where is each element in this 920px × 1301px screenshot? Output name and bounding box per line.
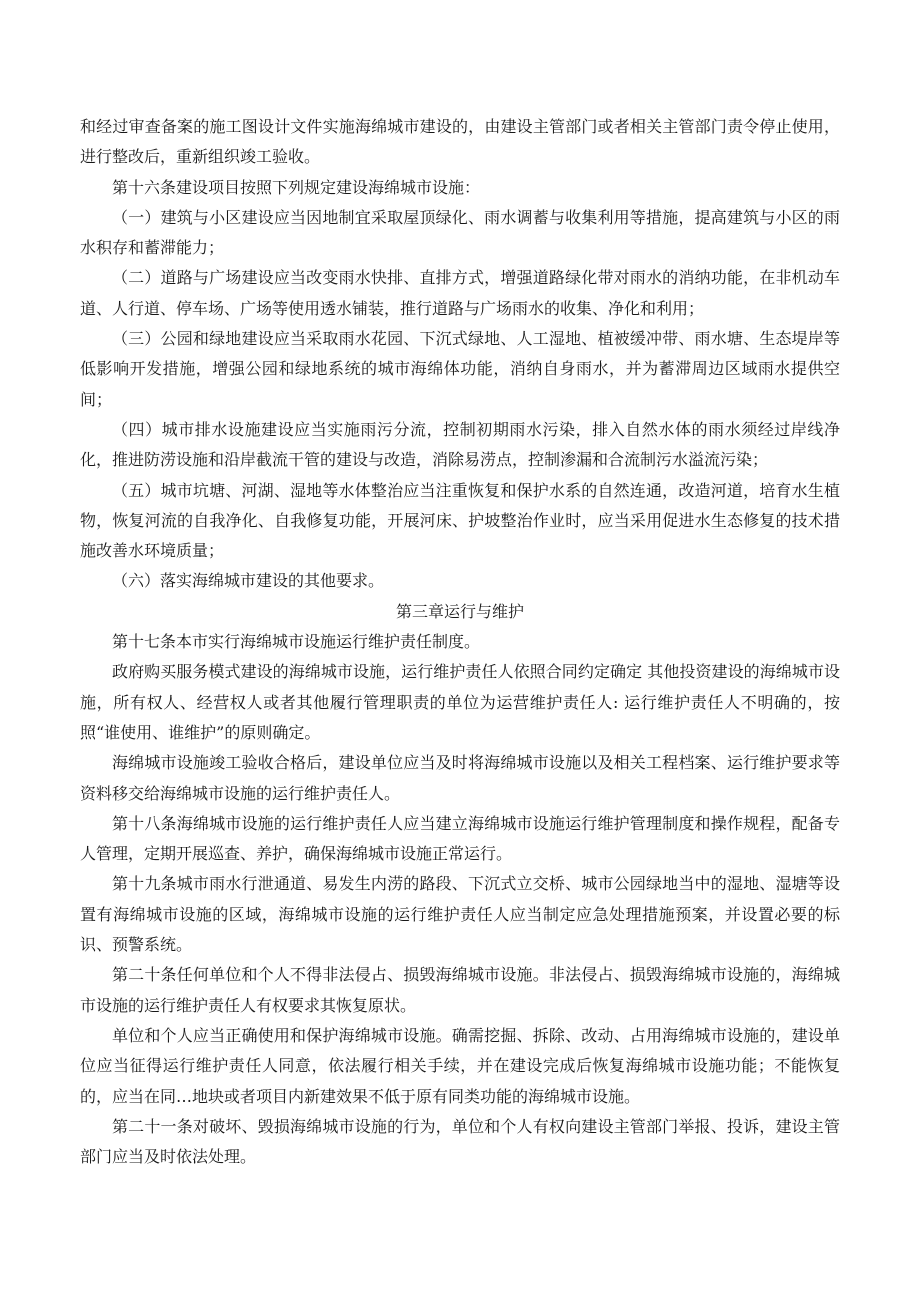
document-body: 和经过审查备案的施工图设计文件实施海绵城市建设的，由建设主管部门或者相关主管部门…	[80, 112, 840, 1172]
paragraph: 单位和个人应当正确使用和保护海绵城市设施。确需挖掘、拆除、改动、占用海绵城市设施…	[80, 1021, 840, 1112]
paragraph: 和经过审查备案的施工图设计文件实施海绵城市建设的，由建设主管部门或者相关主管部门…	[80, 112, 840, 173]
paragraph: 第二十一条对破坏、毁损海绵城市设施的行为，单位和个人有权向建设主管部门举报、投诉…	[80, 1112, 840, 1173]
paragraph: 第十七条本市实行海绵城市设施运行维护责任制度。	[80, 627, 840, 657]
chapter-heading: 第三章运行与维护	[80, 597, 840, 627]
paragraph: 第二十条任何单位和个人不得非法侵占、损毁海绵城市设施。非法侵占、损毁海绵城市设施…	[80, 960, 840, 1021]
paragraph: （五）城市坑塘、河湖、湿地等水体整治应当注重恢复和保护水系的自然连通，改造河道，…	[80, 476, 840, 567]
paragraph: 第十九条城市雨水行泄通道、易发生内涝的路段、下沉式立交桥、城市公园绿地当中的湿地…	[80, 869, 840, 960]
paragraph: （三）公园和绿地建设应当采取雨水花园、下沉式绿地、人工湿地、植被缓冲带、雨水塘、…	[80, 324, 840, 415]
paragraph: （四）城市排水设施建设应当实施雨污分流，控制初期雨水污染，排入自然水体的雨水须经…	[80, 415, 840, 476]
paragraph: 第十八条海绵城市设施的运行维护责任人应当建立海绵城市设施运行维护管理制度和操作规…	[80, 809, 840, 870]
paragraph: （二）道路与广场建设应当改变雨水快排、直排方式，增强道路绿化带对雨水的消纳功能，…	[80, 263, 840, 324]
paragraph: （六）落实海绵城市建设的其他要求。	[80, 566, 840, 596]
document-page: 和经过审查备案的施工图设计文件实施海绵城市建设的，由建设主管部门或者相关主管部门…	[0, 0, 920, 1301]
paragraph: 第十六条建设项目按照下列规定建设海绵城市设施：	[80, 173, 840, 203]
paragraph: （一）建筑与小区建设应当因地制宜采取屋顶绿化、雨水调蓄与收集利用等措施，提高建筑…	[80, 203, 840, 264]
paragraph: 政府购买服务模式建设的海绵城市设施，运行维护责任人依照合同约定确定 其他投资建设…	[80, 657, 840, 748]
paragraph: 海绵城市设施竣工验收合格后，建设单位应当及时将海绵城市设施以及相关工程档案、运行…	[80, 748, 840, 809]
